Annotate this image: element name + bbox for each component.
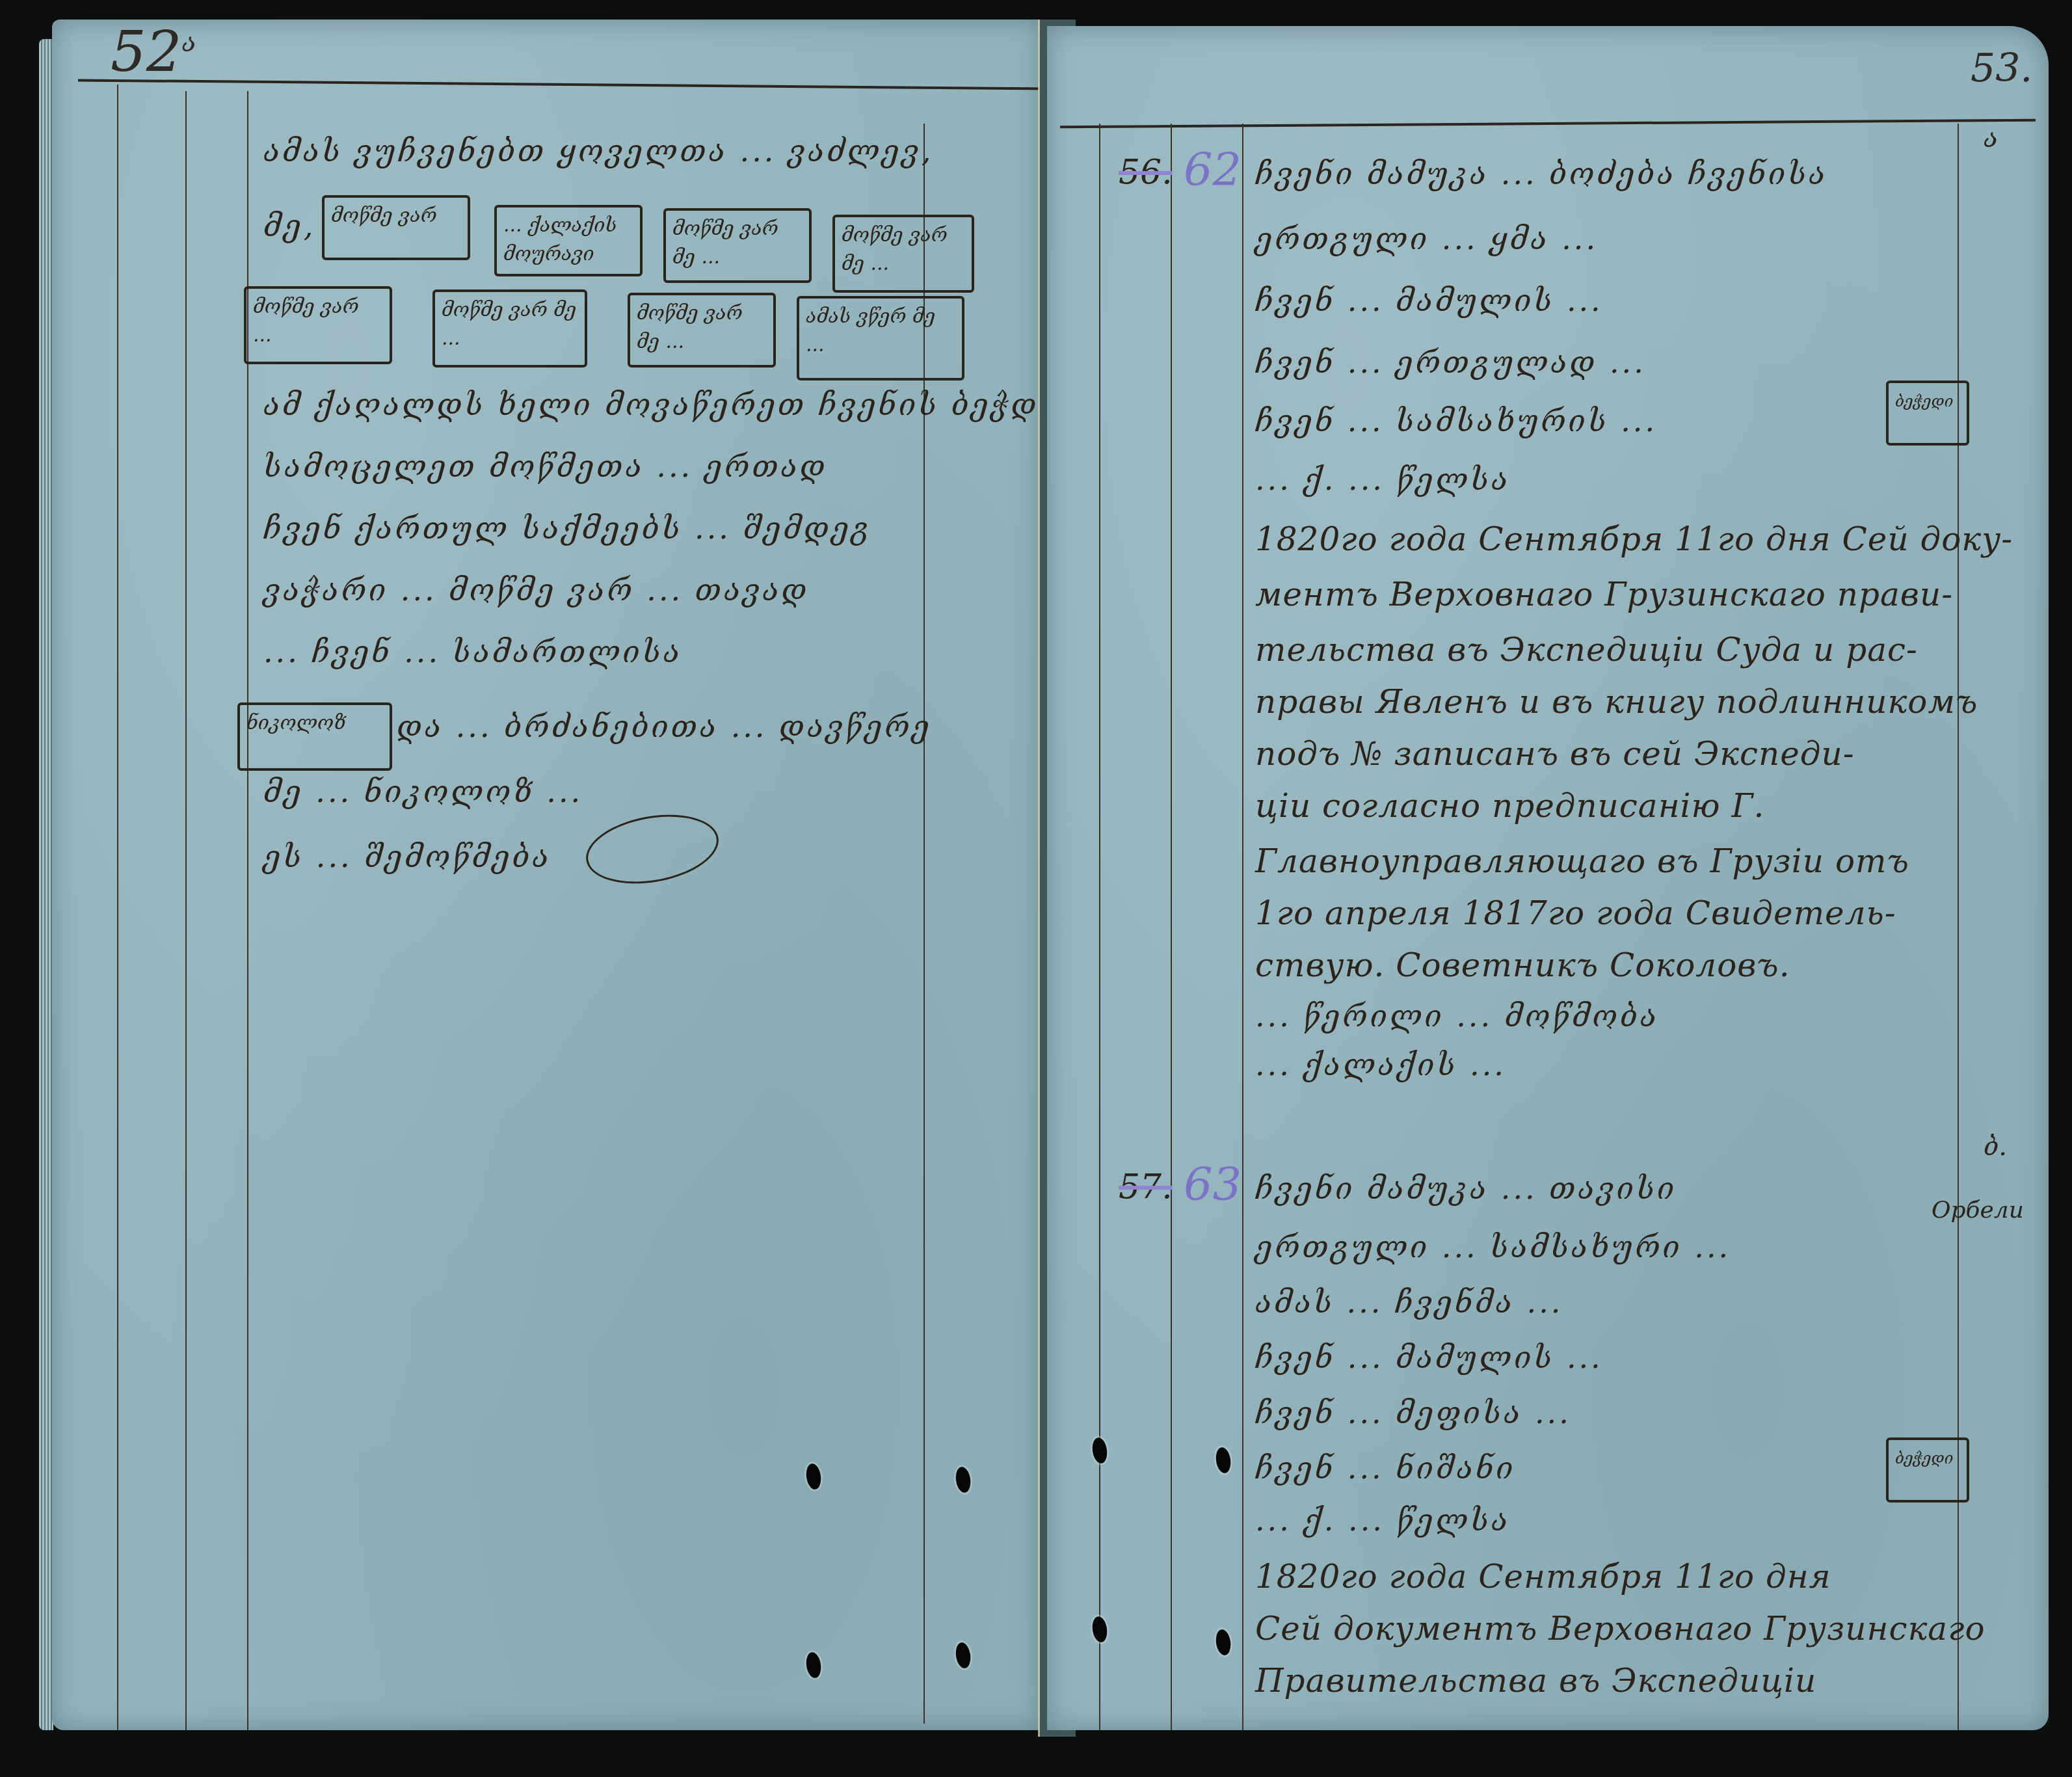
inline-seal-box: ნიკოლოზ	[237, 702, 392, 771]
seal-box: ბეჭედი	[1886, 1437, 1969, 1503]
seal-box: მოწმე ვარ მე ...	[832, 215, 974, 293]
georgian-line: ჩვენ ... ნიშანი	[1255, 1450, 1516, 1486]
entry-old-number: 56.	[1119, 153, 1173, 192]
georgian-line: ჩვენ ... მეფისა ...	[1255, 1395, 1571, 1430]
text-line: მე ... ნიკოლოზ ...	[263, 774, 583, 809]
signature-flourish	[581, 805, 724, 893]
russian-line: 1820го года Сентября 11го дня	[1255, 1558, 1831, 1596]
russian-line: тельства въ Экспедиціи Суда и рас-	[1255, 631, 1918, 669]
margin-mark: ა	[1984, 124, 1998, 154]
georgian-line: ჩვენ ... მამულის ...	[1255, 1340, 1603, 1375]
text-line: ... ჩვენ ... სამართლისა	[263, 634, 682, 669]
russian-line: правы Явленъ и въ книгу подлинникомъ	[1255, 683, 1978, 721]
seal-box: მოწმე ვარ მე ...	[663, 208, 812, 283]
entry-new-number: 62	[1184, 143, 1242, 196]
georgian-line: ... წერილი ... მოწმობა	[1255, 998, 1659, 1034]
header-rule	[1060, 119, 2036, 128]
text-line: ჩვენ ქართულ საქმეებს ... შემდეგ	[263, 511, 872, 546]
line-prefix: მე,	[263, 208, 315, 243]
georgian-line: ამას ... ჩვენმა ...	[1255, 1285, 1563, 1320]
margin-mark: ბ.	[1984, 1132, 2007, 1162]
text-line: ვაჭარი ... მოწმე ვარ ... თავად	[263, 572, 809, 608]
column-rule-1	[1099, 124, 1100, 1730]
georgian-line: ჩვენი მამუკა ... ბოძება ჩვენისა	[1255, 156, 1827, 191]
georgian-line: ... ქ. ... წელსა	[1255, 462, 1510, 497]
left-page-number: 52ა	[111, 20, 196, 85]
column-rule-2	[185, 91, 187, 1730]
seal-box: მოწმე ვარ მე ...	[628, 293, 776, 367]
entry-old-number: 57.	[1119, 1168, 1173, 1207]
seal-box: მოწმე ვარ ...	[244, 286, 392, 364]
column-rule-1	[117, 85, 118, 1730]
russian-line: подъ № записанъ въ сей Экспеди-	[1255, 735, 1855, 773]
right-page-number: 53.	[1971, 46, 2032, 91]
margin-note: Орбели	[1932, 1197, 2024, 1223]
georgian-line: ერთგული ... ყმა ...	[1255, 221, 1598, 256]
text-line: ამ ქაღალდს ხელი მოვაწერეთ ჩვენის ბეჭდით	[263, 387, 1087, 422]
seal-box: ბეჭედი	[1886, 381, 1969, 446]
left-page: 52ა ამას ვუჩვენებთ ყოველთა ... ვაძლევ, მ…	[52, 20, 1041, 1730]
russian-line: 1820го года Сентября 11го дня Сей доку-	[1255, 520, 2013, 558]
russian-line: Сей документъ Верховнаго Грузинскаго	[1255, 1610, 1986, 1648]
binding-hole	[1214, 1447, 1232, 1475]
column-rule-2	[1171, 124, 1172, 1730]
binding-hole	[804, 1651, 822, 1679]
column-rule-3	[1242, 124, 1243, 1730]
russian-line: ментъ Верховнаго Грузинскаго прави-	[1255, 576, 1953, 613]
right-page: 53. 56. 62 ა ჩვენი მამუკა ... ბოძება ჩვე…	[1047, 26, 2049, 1730]
text-line: ამას ვუჩვენებთ ყოველთა ... ვაძლევ,	[263, 133, 933, 168]
binding-hole	[804, 1463, 822, 1491]
seal-box: მოწმე ვარ	[322, 195, 470, 260]
georgian-line: ერთგული ... სამსახური ...	[1255, 1229, 1731, 1264]
russian-line: Главноуправляющаго въ Грузіи отъ	[1255, 842, 1909, 880]
text-line: და ... ბრძანებითა ... დავწერე	[397, 709, 932, 744]
binding-hole	[1091, 1437, 1108, 1465]
russian-line: 1го апреля 1817го года Свидетель-	[1255, 894, 1896, 932]
header-rule	[78, 79, 1054, 90]
georgian-line: ... ქ. ... წელსა	[1255, 1503, 1510, 1538]
entry-new-number: 63	[1184, 1158, 1242, 1211]
russian-line: Правительства въ Экспедиціи	[1255, 1662, 1816, 1700]
binding-hole	[1214, 1629, 1232, 1657]
russian-line: ціи согласно предписанію Г.	[1255, 787, 1764, 825]
seal-box: ... ქალაქის მოურავი	[494, 205, 643, 276]
seal-box: მოწმე ვარ მე ...	[432, 289, 587, 367]
russian-line: ствую. Советникъ Соколовъ.	[1255, 946, 1790, 984]
binding-hole	[954, 1642, 972, 1670]
georgian-line: ჩვენი მამუკა ... თავისი	[1255, 1171, 1677, 1206]
georgian-line: ჩვენ ... მამულის ...	[1255, 283, 1603, 318]
page-block-edges	[39, 39, 53, 1730]
georgian-line: ჩვენ ... სამსახურის ...	[1255, 403, 1657, 438]
binding-thread	[1038, 20, 1040, 1737]
georgian-line: ... ქალაქის ...	[1255, 1047, 1506, 1082]
binding-hole	[954, 1466, 972, 1494]
georgian-line: ჩვენ ... ერთგულად ...	[1255, 345, 1646, 380]
seal-box: ამას ვწერ მე ...	[797, 296, 964, 381]
text-line: სამოცელეთ მოწმეთა ... ერთად	[263, 449, 828, 484]
text-line: ეს ... შემოწმება	[263, 839, 551, 874]
binding-hole	[1091, 1616, 1108, 1644]
